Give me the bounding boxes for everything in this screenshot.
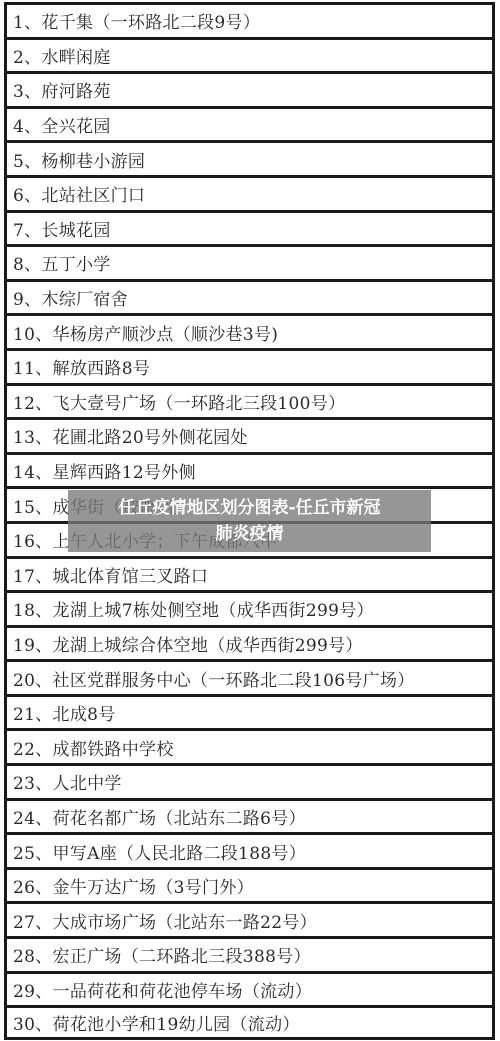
- list-item: 11、解放西路8号: [7, 348, 492, 383]
- list-item: 3、府河路苑: [7, 71, 492, 106]
- list-item: 5、杨柳巷小游园: [7, 140, 492, 175]
- list-item: 4、全兴花园: [7, 106, 492, 141]
- caption-line-1: 任丘疫情地区划分图表-任丘市新冠: [68, 495, 431, 521]
- list-item: 22、成都铁路中学校: [7, 728, 492, 763]
- caption-line-2: 肺炎疫情: [68, 521, 431, 547]
- list-item: 2、水畔闲庭: [7, 37, 492, 72]
- list-item: 18、龙湖上城7栋处侧空地（成华西街299号）: [7, 590, 492, 625]
- list-item: 26、金牛万达广场（3号门外）: [7, 867, 492, 902]
- list-item: 10、华杨房产顺沙点（顺沙巷3号): [7, 313, 492, 348]
- list-item: 28、宏正广场（二环路北三段388号）: [7, 936, 492, 971]
- list-item: 27、大成市场广场（北站东一路22号）: [7, 901, 492, 936]
- list-item: 23、人北中学: [7, 763, 492, 798]
- list-item: 20、社区党群服务中心（一环路北二段106号广场）: [7, 659, 492, 694]
- list-item: 9、木综厂宿舍: [7, 279, 492, 314]
- list-item: 12、飞大壹号广场（一环路北三段100号）: [7, 383, 492, 418]
- list-item: 6、北站社区门口: [7, 175, 492, 210]
- list-item: 8、五丁小学: [7, 244, 492, 279]
- caption-overlay: 任丘疫情地区划分图表-任丘市新冠 肺炎疫情: [68, 490, 431, 552]
- list-item: 21、北成8号: [7, 694, 492, 729]
- list-item: 1、花千集（一环路北二段9号）: [7, 2, 492, 37]
- list-item: 17、城北体育馆三叉路口: [7, 556, 492, 591]
- list-item: 14、星辉西路12号外侧: [7, 452, 492, 487]
- list-item: 30、荷花池小学和19幼儿园（流动）: [7, 1005, 492, 1040]
- list-item: 24、荷花名都广场（北站东二路6号）: [7, 798, 492, 833]
- list-item: 19、龙湖上城综合体空地（成华西街299号）: [7, 625, 492, 660]
- list-item: 25、甲写A座（人民北路二段188号）: [7, 832, 492, 867]
- list-item: 29、一品荷花和荷花池停车场（流动）: [7, 971, 492, 1006]
- list-item: 7、长城花园: [7, 210, 492, 245]
- list-item: 13、花圃北路20号外侧花园处: [7, 417, 492, 452]
